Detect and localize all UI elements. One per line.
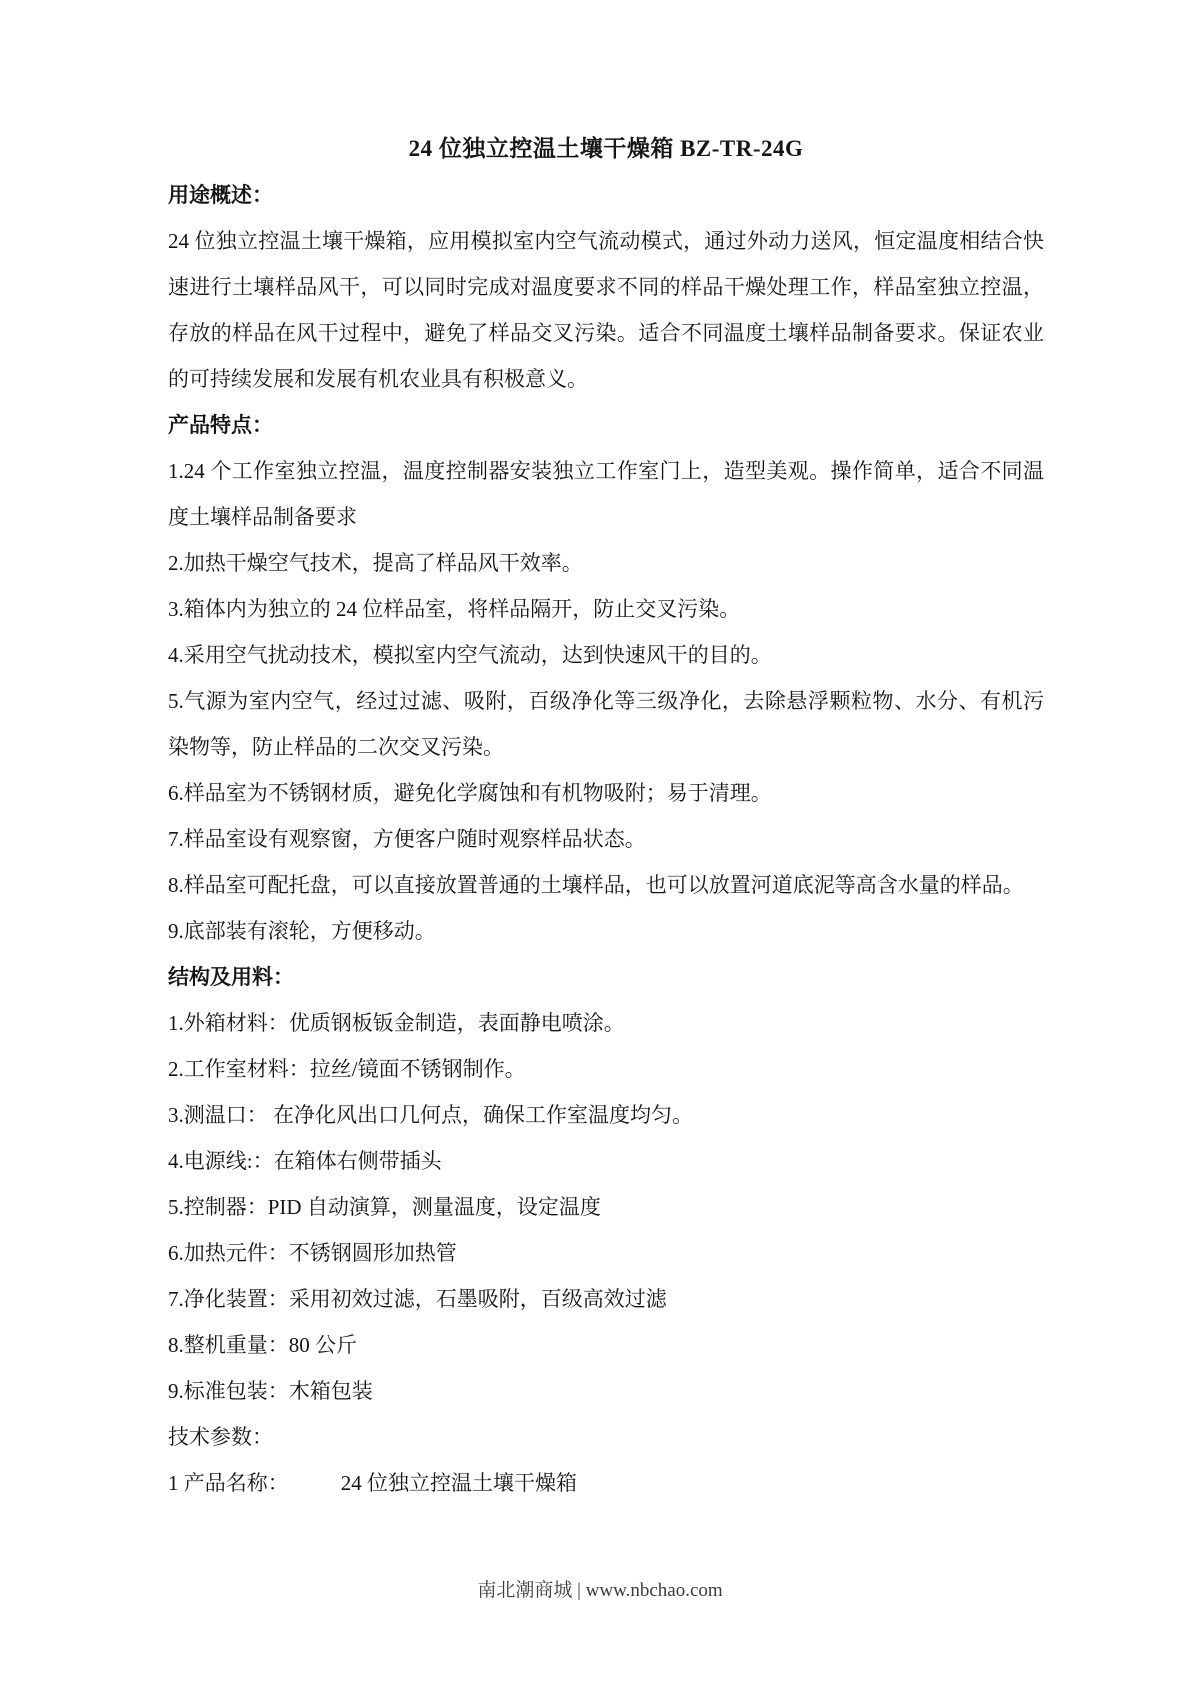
purpose-paragraph: 24 位独立控温土壤干燥箱，应用模拟室内空气流动模式，通过外动力送风，恒定温度相… (168, 218, 1044, 402)
spec-value: 24 位独立控温土壤干燥箱 (341, 1471, 577, 1495)
structure-item: 2.工作室材料：拉丝/镜面不锈钢制作。 (168, 1046, 1044, 1092)
feature-item: 1.24 个工作室独立控温，温度控制器安装独立工作室门上，造型美观。操作简单，适… (168, 448, 1044, 540)
feature-item: 6.样品室为不锈钢材质，避免化学腐蚀和有机物吸附；易于清理。 (168, 770, 1044, 816)
structure-item: 9.标准包装：木箱包装 (168, 1368, 1044, 1414)
document-title: 24 位独立控温土壤干燥箱 BZ-TR-24G (168, 126, 1044, 172)
feature-item: 4.采用空气扰动技术，模拟室内空气流动，达到快速风干的目的。 (168, 632, 1044, 678)
page-footer: 南北潮商城 | www.nbchao.com (0, 1579, 1200, 1603)
feature-item: 8.样品室可配托盘，可以直接放置普通的土壤样品，也可以放置河道底泥等高含水量的样… (168, 862, 1044, 908)
feature-item: 3.箱体内为独立的 24 位样品室，将样品隔开，防止交叉污染。 (168, 586, 1044, 632)
section-heading-purpose: 用途概述： (168, 172, 1044, 218)
feature-item: 2.加热干燥空气技术，提高了样品风干效率。 (168, 540, 1044, 586)
document-page: 24 位独立控温土壤干燥箱 BZ-TR-24G 用途概述： 24 位独立控温土壤… (0, 0, 1200, 1697)
spec-row: 1 产品名称：24 位独立控温土壤干燥箱 (168, 1460, 1044, 1506)
structure-item: 7.净化装置：采用初效过滤，石墨吸附，百级高效过滤 (168, 1276, 1044, 1322)
structure-item: 1.外箱材料：优质钢板钣金制造，表面静电喷涂。 (168, 1000, 1044, 1046)
section-heading-features: 产品特点： (168, 402, 1044, 448)
feature-item: 5.气源为室内空气，经过过滤、吸附，百级净化等三级净化，去除悬浮颗粒物、水分、有… (168, 678, 1044, 770)
structure-item: 6.加热元件：不锈钢圆形加热管 (168, 1230, 1044, 1276)
section-heading-structure: 结构及用料： (168, 954, 1044, 1000)
structure-item: 8.整机重量：80 公斤 (168, 1322, 1044, 1368)
footer-text: 南北潮商城 | www.nbchao.com (477, 1580, 722, 1601)
section-heading-specs: 技术参数： (168, 1414, 1044, 1460)
feature-item: 9.底部装有滚轮，方便移动。 (168, 908, 1044, 954)
structure-item: 5.控制器：PID 自动演算，测量温度，设定温度 (168, 1184, 1044, 1230)
spec-label: 1 产品名称： (168, 1471, 289, 1495)
document-content: 24 位独立控温土壤干燥箱 BZ-TR-24G 用途概述： 24 位独立控温土壤… (0, 0, 1200, 1506)
structure-item: 4.电源线:：在箱体右侧带插头 (168, 1138, 1044, 1184)
structure-item: 3.测温口： 在净化风出口几何点，确保工作室温度均匀。 (168, 1092, 1044, 1138)
feature-item: 7.样品室设有观察窗，方便客户随时观察样品状态。 (168, 816, 1044, 862)
